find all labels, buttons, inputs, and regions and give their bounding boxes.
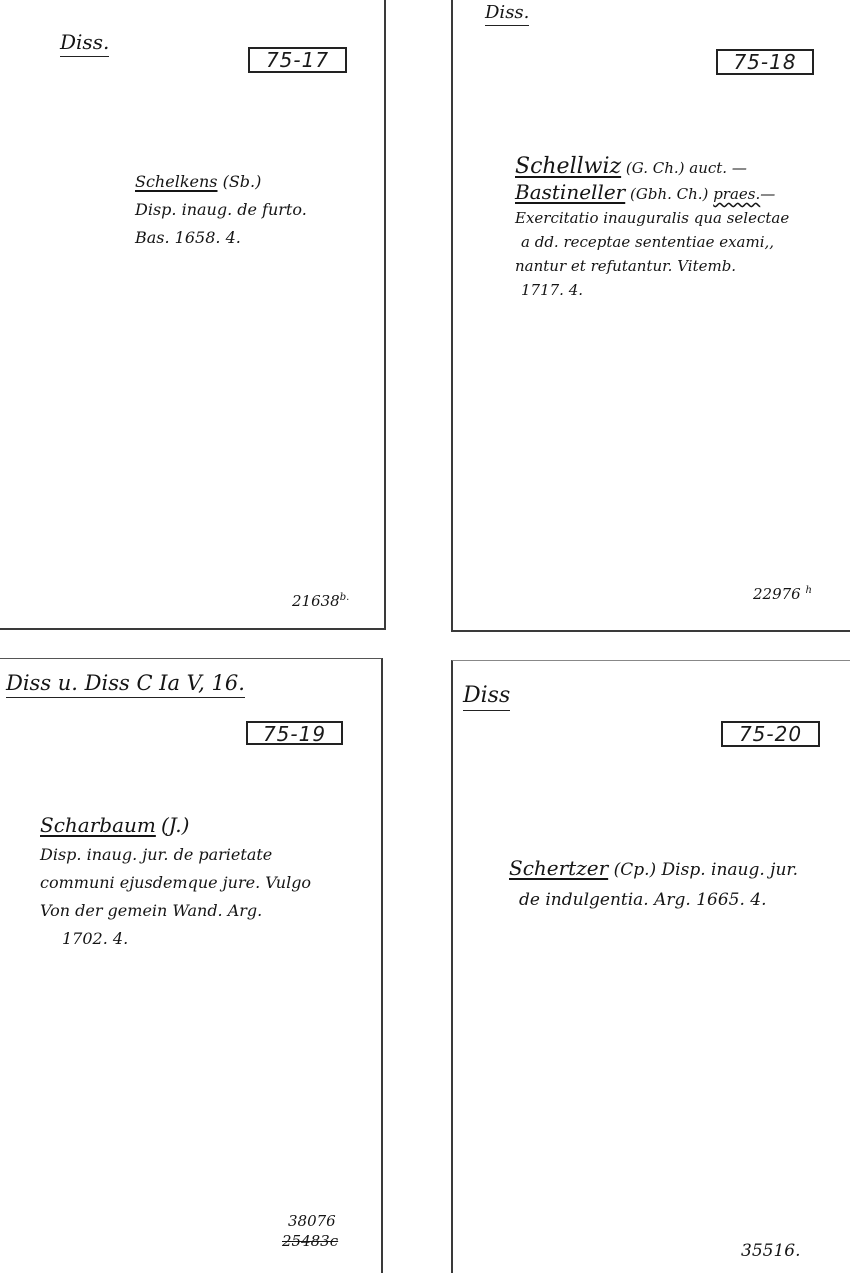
accession-number: 35516. [741, 1241, 800, 1261]
shelf-mark: Diss [463, 683, 510, 711]
entry-line: communi ejusdemque jure. Vulgo [40, 869, 311, 897]
accession-number: 21638b. [292, 592, 349, 610]
co-author-name: Bastineller [515, 180, 625, 204]
call-number-box: 75-20 [721, 721, 820, 747]
entry-line: 1702. 4. [40, 925, 311, 953]
author-initials: (G. Ch.) auct. — [626, 159, 747, 177]
author-name: Scharbaum [40, 813, 156, 837]
accession-value: 22976 [753, 585, 801, 603]
catalog-entry: Schertzer (Cp.) Disp. inaug. jur. de ind… [509, 853, 798, 915]
catalog-card-75-20: Diss 75-20 Schertzer (Cp.) Disp. inaug. … [451, 660, 850, 1273]
call-number-box: 75-17 [248, 47, 347, 73]
entry-line: Exercitatio inauguralis qua selectae [515, 206, 789, 230]
co-author-initials: (Gbh. Ch.) [630, 185, 708, 203]
entry-line: a dd. receptae sententiae exami,, [515, 230, 789, 254]
accession-number: 22976 h [753, 585, 812, 603]
call-number-box: 75-18 [716, 49, 814, 75]
accession-suffix: b. [340, 592, 350, 603]
accession-value: 21638 [292, 592, 340, 610]
shelf-mark: Diss. [60, 30, 109, 57]
accession-old-struck: 25483c [282, 1231, 338, 1251]
entry-line: Disp. inaug. jur. de parietate [40, 841, 311, 869]
entry-line: Bas. 1658. 4. [135, 224, 307, 252]
catalog-card-75-19: Diss u. Diss C Ia V, 16. 75-19 Scharbaum… [0, 658, 383, 1273]
catalog-card-75-17: Diss. 75-17 Schelkens (Sb.) Disp. inaug.… [0, 0, 386, 630]
catalog-card-75-18: Diss. 75-18 Schellwiz (G. Ch.) auct. — B… [451, 0, 850, 632]
shelf-mark: Diss u. Diss C Ia V, 16. [6, 671, 245, 698]
entry-line: de indulgentia. Arg. 1665. 4. [509, 885, 798, 915]
entry-line: nantur et refutantur. Vitemb. [515, 254, 789, 278]
catalog-entry: Schelkens (Sb.) Disp. inaug. de furto. B… [135, 168, 307, 252]
entry-line: Von der gemein Wand. Arg. [40, 897, 311, 925]
accession-number: 38076 25483c [288, 1211, 338, 1251]
call-number-box: 75-19 [246, 721, 343, 745]
shelf-mark: Diss. [485, 2, 529, 26]
accession-value: 38076 [288, 1211, 338, 1231]
author-initials: (J.) [161, 813, 189, 837]
author-name: Schellwiz [515, 154, 621, 179]
accession-suffix: h [806, 585, 812, 596]
author-initials: (Cp.) [614, 860, 657, 880]
entry-line: Disp. inaug. de furto. [135, 196, 307, 224]
author-name: Schelkens [135, 172, 218, 191]
co-author-role: praes. [713, 185, 760, 203]
entry-line: 1717. 4. [515, 278, 789, 302]
dash: — [760, 185, 775, 203]
entry-line: Disp. inaug. jur. [662, 860, 799, 880]
catalog-entry: Schellwiz (G. Ch.) auct. — Bastineller (… [515, 155, 789, 302]
author-name: Schertzer [509, 856, 608, 880]
catalog-entry: Scharbaum (J.) Disp. inaug. jur. de pari… [40, 811, 311, 953]
author-initials: (Sb.) [223, 172, 262, 191]
